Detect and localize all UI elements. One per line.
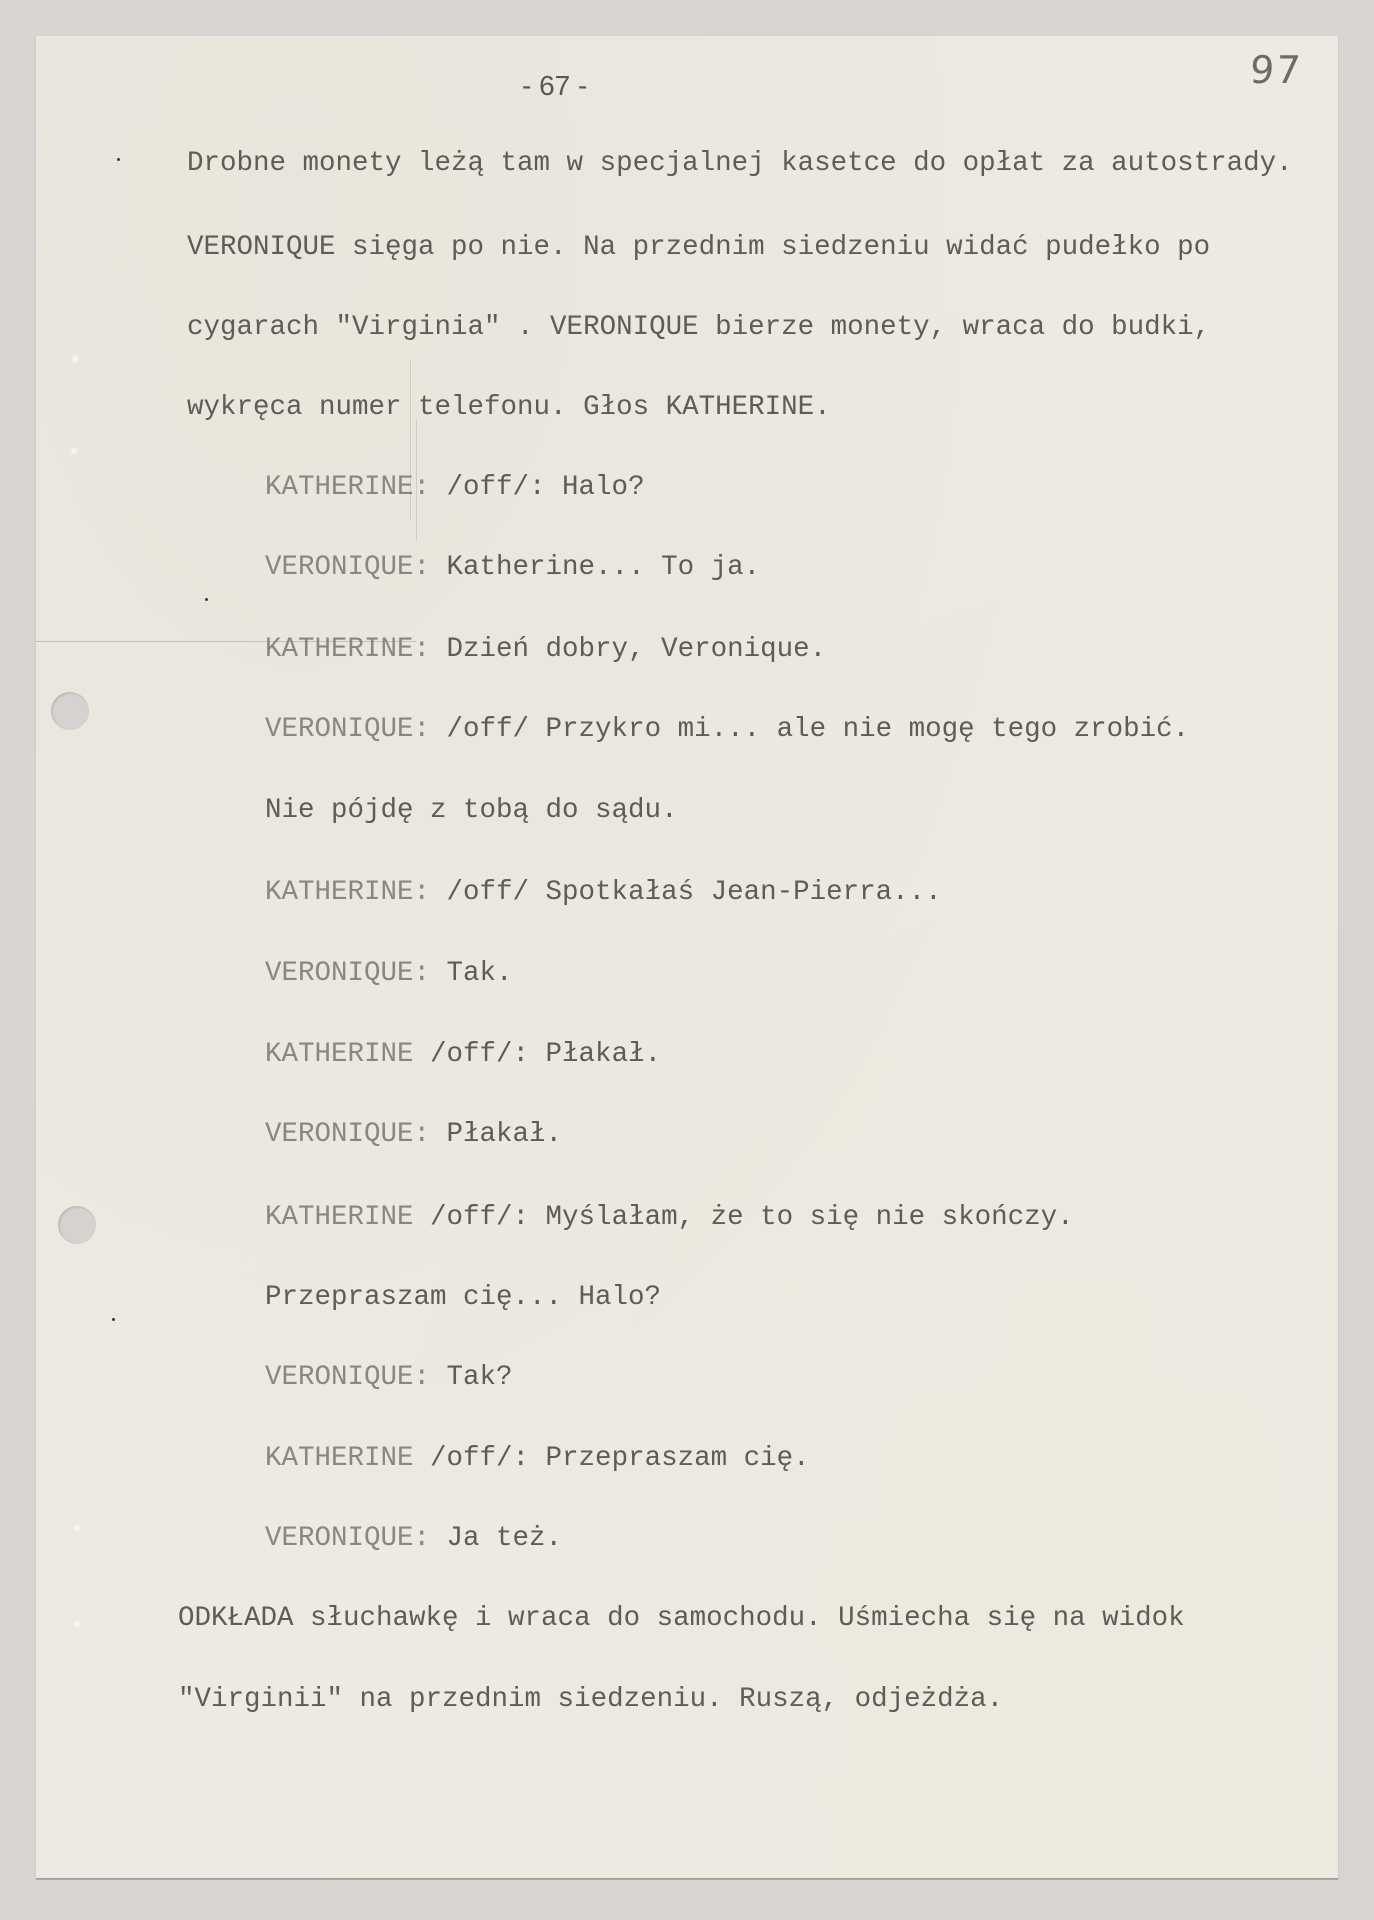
dialogue-line: KATHERINE: Dzień dobry, Veronique. (265, 634, 826, 666)
dialogue-text: Przepraszam cię... Halo? (265, 1282, 661, 1313)
paper-edge (36, 1878, 1338, 1880)
dialogue-line: KATHERINE: /off/ Spotkałaś Jean-Pierra..… (265, 877, 942, 909)
dialogue-text: Dzień dobry, Veronique. (430, 634, 826, 665)
margin-mark (71, 1620, 83, 1628)
paragraph-line: VERONIQUE sięga po nie. Na przednim sied… (187, 232, 1210, 264)
paragraph-line: Drobne monety leżą tam w specjalnej kase… (187, 148, 1293, 180)
paragraph-line: "Virginii" na przednim siedzeniu. Ruszą,… (178, 1684, 1003, 1716)
dialogue-line: VERONIQUE: /off/ Przykro mi... ale nie m… (265, 714, 1189, 746)
dialogue-text: Ja też. (430, 1523, 562, 1554)
dialogue-line: Nie pójdę z tobą do sądu. (265, 795, 678, 827)
dialogue-line: KATHERINE /off/: Myślałam, że to się nie… (265, 1202, 1074, 1234)
dialogue-text: Płakał. (430, 1119, 562, 1150)
dialogue-line: KATHERINE /off/: Przepraszam cię. (265, 1443, 810, 1475)
dialogue-line: VERONIQUE: Ja też. (265, 1523, 562, 1555)
punch-hole-top (51, 692, 89, 730)
dialogue-text: Tak. (430, 958, 513, 989)
speaker-name: VERONIQUE: (265, 1362, 430, 1393)
margin-mark (69, 355, 81, 363)
dialogue-text: /off/ Przykro mi... ale nie mogę tego zr… (430, 714, 1189, 745)
speaker-name: VERONIQUE: (265, 552, 430, 583)
paragraph-line: wykręca numer telefonu. Głos KATHERINE. (187, 392, 831, 424)
punch-hole-bottom (58, 1206, 96, 1244)
speaker-name: KATHERINE (265, 1443, 414, 1474)
dialogue-line: Przepraszam cię... Halo? (265, 1282, 661, 1314)
dialogue-text: /off/ Spotkałaś Jean-Pierra... (430, 877, 942, 908)
dialogue-line: VERONIQUE: Tak? (265, 1362, 513, 1394)
dialogue-text: Katherine... To ja. (430, 552, 760, 583)
speaker-name: KATHERINE: (265, 634, 430, 665)
speaker-name: KATHERINE: (265, 472, 430, 503)
dialogue-line: VERONIQUE: Płakał. (265, 1119, 562, 1151)
archive-number: 97 (1248, 48, 1303, 92)
dialogue-line: VERONIQUE: Tak. (265, 958, 513, 990)
dialogue-text: /off/: Myślałam, że to się nie skończy. (414, 1202, 1074, 1233)
speaker-name: KATHERINE (265, 1039, 414, 1070)
speaker-name: VERONIQUE: (265, 958, 430, 989)
paragraph-line: cygarach "Virginia" . VERONIQUE bierze m… (187, 312, 1210, 344)
ink-speck (117, 158, 120, 161)
dialogue-line: KATHERINE: /off/: Halo? (265, 472, 645, 504)
paragraph-line: ODKŁADA słuchawkę i wraca do samochodu. … (178, 1603, 1185, 1635)
dialogue-line: KATHERINE /off/: Płakał. (265, 1039, 661, 1071)
ink-speck (112, 1318, 115, 1321)
speaker-name: VERONIQUE: (265, 1523, 430, 1554)
dialogue-text: /off/: Przepraszam cię. (414, 1443, 810, 1474)
speaker-name: VERONIQUE: (265, 1119, 430, 1150)
page-number: - 67 - (522, 70, 587, 102)
margin-mark (68, 447, 80, 455)
ink-speck (205, 598, 208, 601)
dialogue-text: /off/: Halo? (430, 472, 645, 503)
speaker-name: VERONIQUE: (265, 714, 430, 745)
speaker-name: KATHERINE (265, 1202, 414, 1233)
margin-mark (71, 1524, 83, 1532)
dialogue-text: Tak? (430, 1362, 513, 1393)
dialogue-text: /off/: Płakał. (414, 1039, 662, 1070)
dialogue-line: VERONIQUE: Katherine... To ja. (265, 552, 760, 584)
dialogue-text: Nie pójdę z tobą do sądu. (265, 795, 678, 826)
speaker-name: KATHERINE: (265, 877, 430, 908)
